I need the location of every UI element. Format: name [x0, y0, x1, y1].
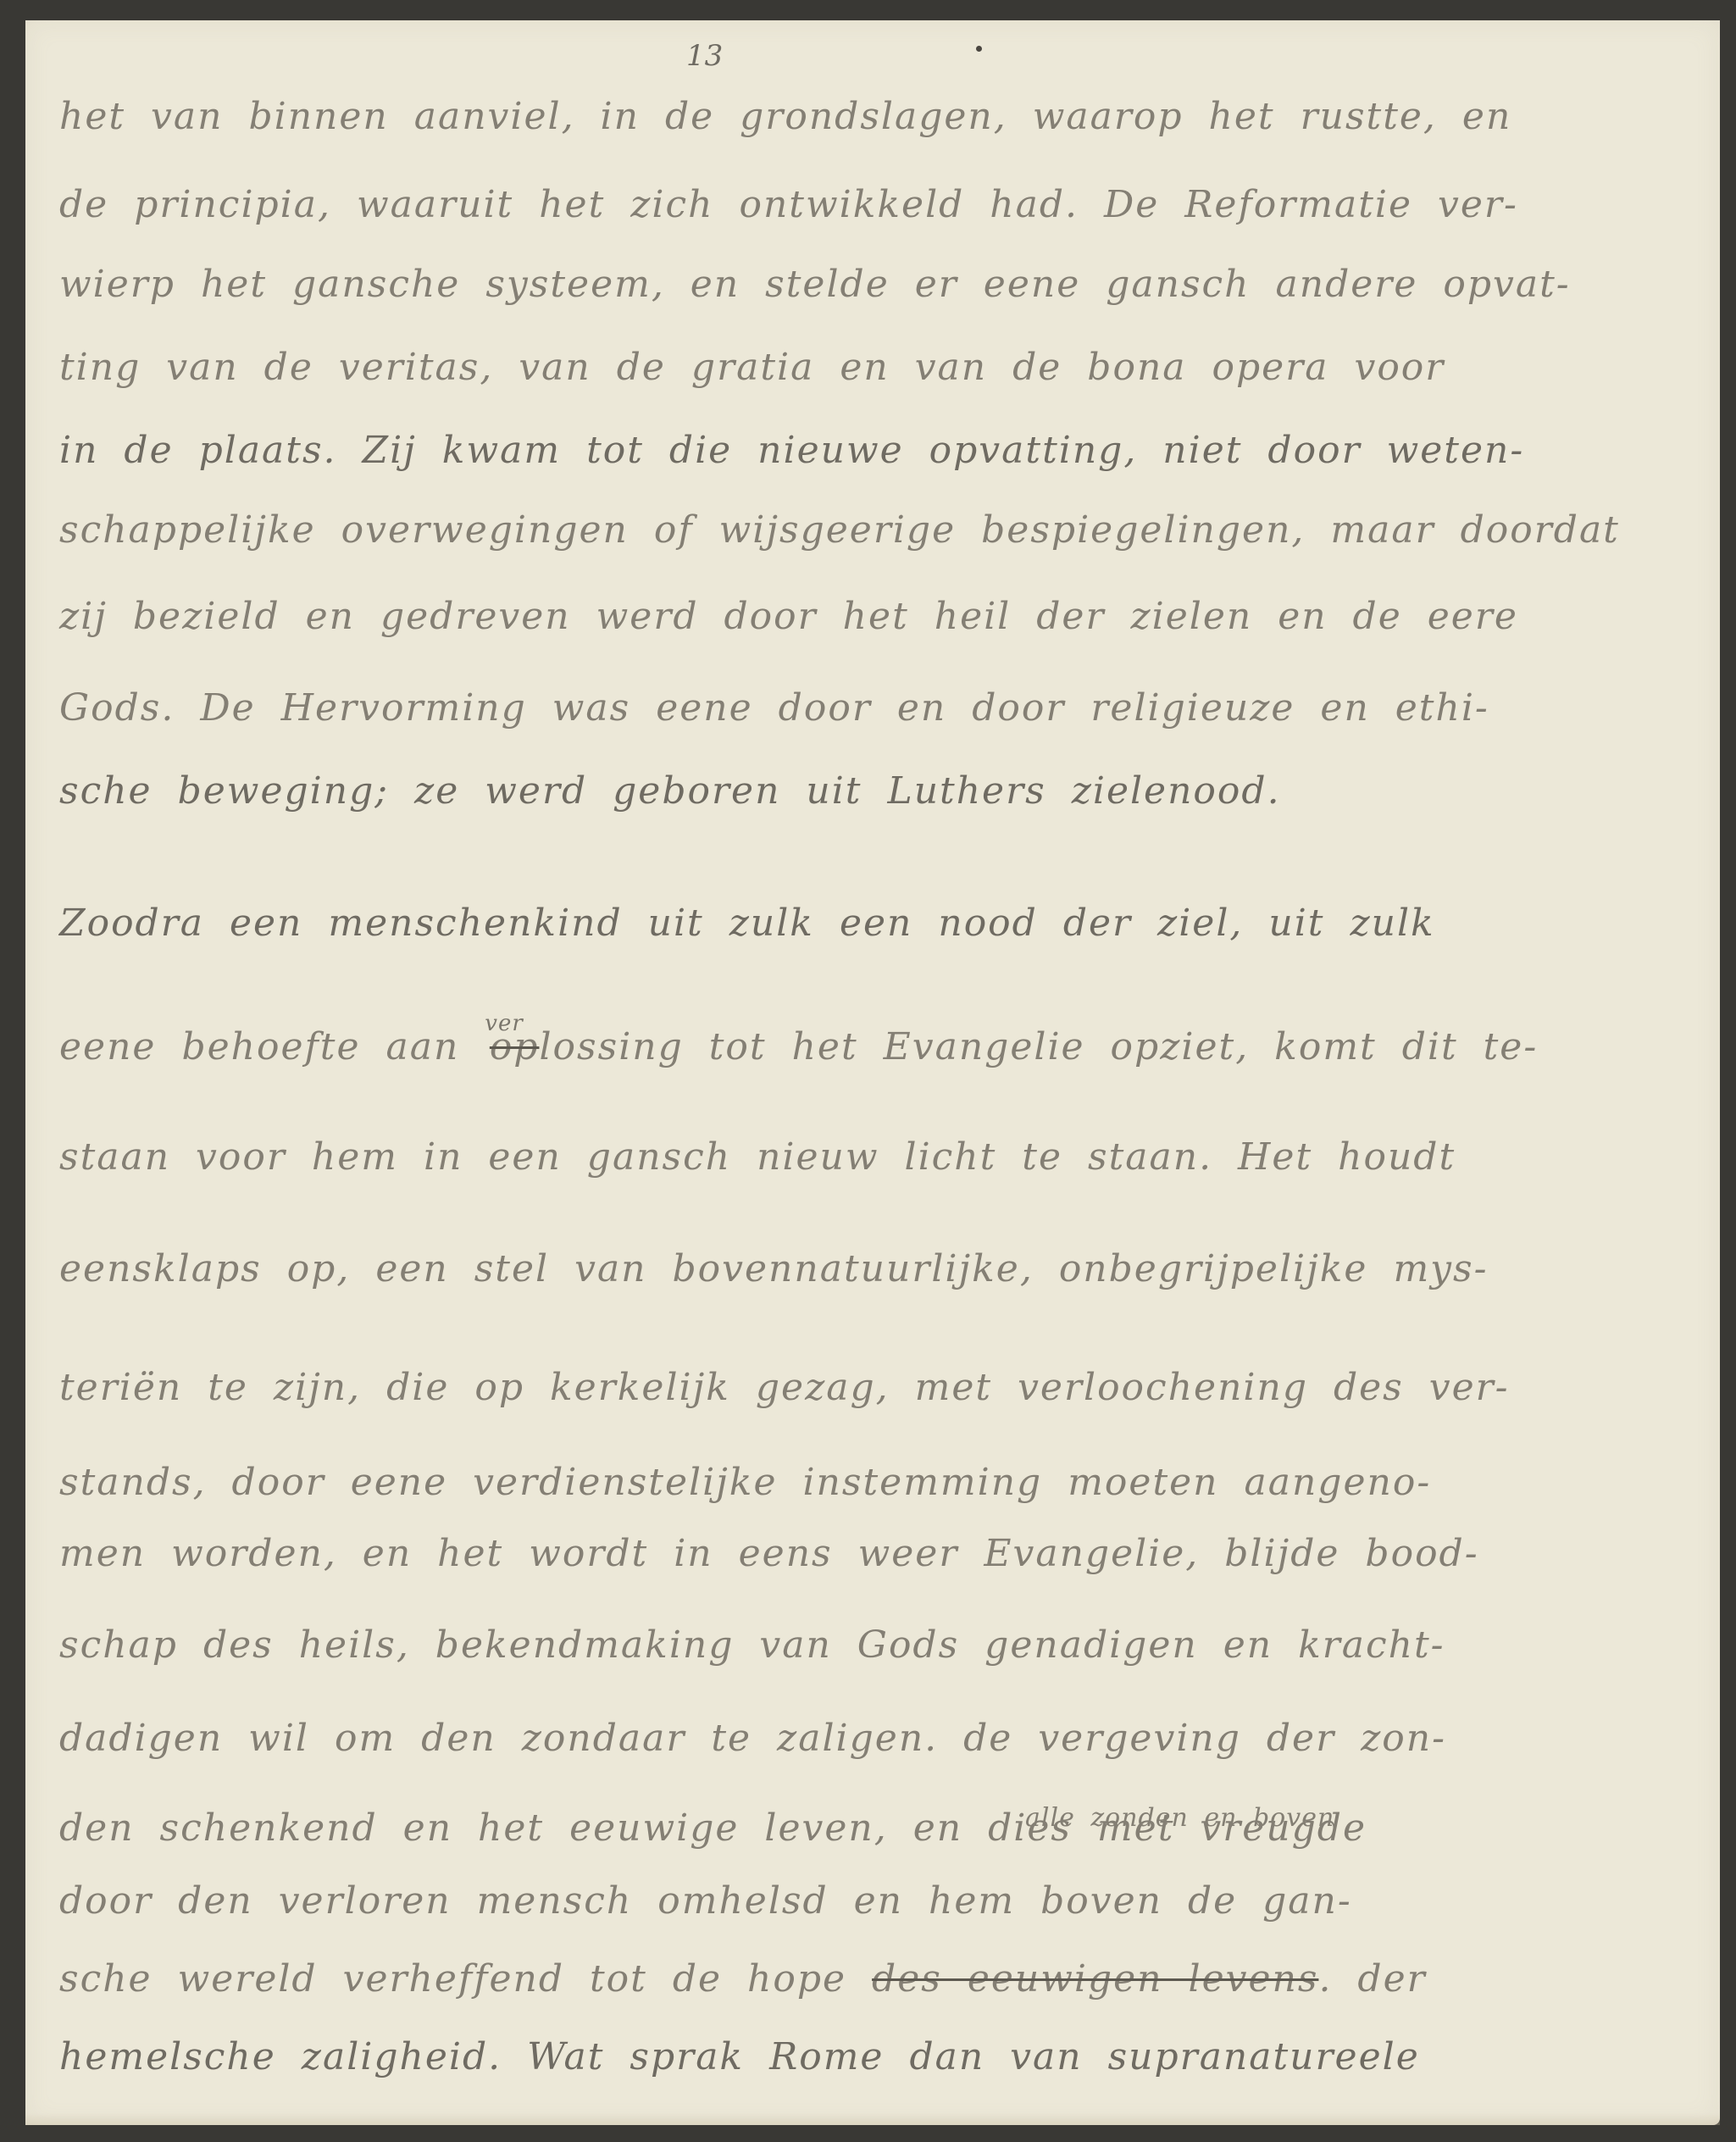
ink-blot-mark [976, 46, 982, 52]
text-line-1: het van binnen aanviel, in de grondslage… [59, 98, 1711, 136]
text-line-12: staan voor hem in een gansch nieuw licht… [59, 1139, 1711, 1176]
text-line-8: Gods. De Hervorming was eene door en doo… [59, 690, 1711, 727]
text-line-3: wierp het gansche systeem, en stelde er … [59, 266, 1711, 303]
text-line-6: schappelijke overwegingen of wijsgeerige… [59, 512, 1711, 549]
struck-text: des eeuwigen levens [872, 1957, 1318, 2000]
text-line-22: hemelsche zaligheid. Wat sprak Rome dan … [59, 2039, 1711, 2076]
text-line-5: in de plaats. Zij kwam tot die nieuwe op… [59, 432, 1711, 469]
line-11-before: eene behoefte aan [59, 1025, 485, 1068]
text-line-9: sche beweging; ze werd geboren uit Luthe… [59, 773, 1711, 810]
text-line-19: den schenkend en het eeuwige leven, en d… [59, 1810, 1711, 1847]
text-line-4: ting van de veritas, van de gratia en va… [59, 349, 1711, 386]
page-number: 13 [686, 39, 723, 73]
line-21-after: . der [1318, 1957, 1426, 2000]
interlinear-insertion: alle zonden en boven [1025, 1803, 1334, 1833]
line-21-before: sche wereld verheffend tot de hope [59, 1957, 872, 2000]
text-line-14: teriën te zijn, die op kerkelijk gezag, … [59, 1369, 1711, 1407]
text-line-15: stands, door eene verdienstelijke instem… [59, 1464, 1711, 1501]
text-line-17: schap des heils, bekendmaking van Gods g… [59, 1627, 1711, 1664]
text-line-21: sche wereld verheffend tot de hope des e… [59, 1961, 1711, 1998]
text-line-18: dadigen wil om den zondaar te zaligen. d… [59, 1720, 1711, 1757]
line-11-after: lossing tot het Evangelie opziet, komt d… [539, 1025, 1538, 1068]
text-line-16: men worden, en het wordt in eens weer Ev… [59, 1535, 1711, 1573]
text-line-11: eene behoefte aan veroplossing tot het E… [59, 1029, 1711, 1066]
text-line-20: door den verloren mensch omhelsd en hem … [59, 1883, 1711, 1920]
text-line-13: eensklaps op, een stel van bovennatuurli… [59, 1251, 1711, 1288]
insertion-above: ver [485, 1011, 524, 1036]
text-line-10: Zoodra een menschenkind uit zulk een noo… [59, 905, 1711, 942]
text-line-2: de principia, waaruit het zich ontwikkel… [59, 186, 1711, 224]
manuscript-page: 13 het van binnen aanviel, in de grondsl… [25, 20, 1720, 2125]
text-line-7: zij bezield en gedreven werd door het he… [59, 598, 1711, 635]
